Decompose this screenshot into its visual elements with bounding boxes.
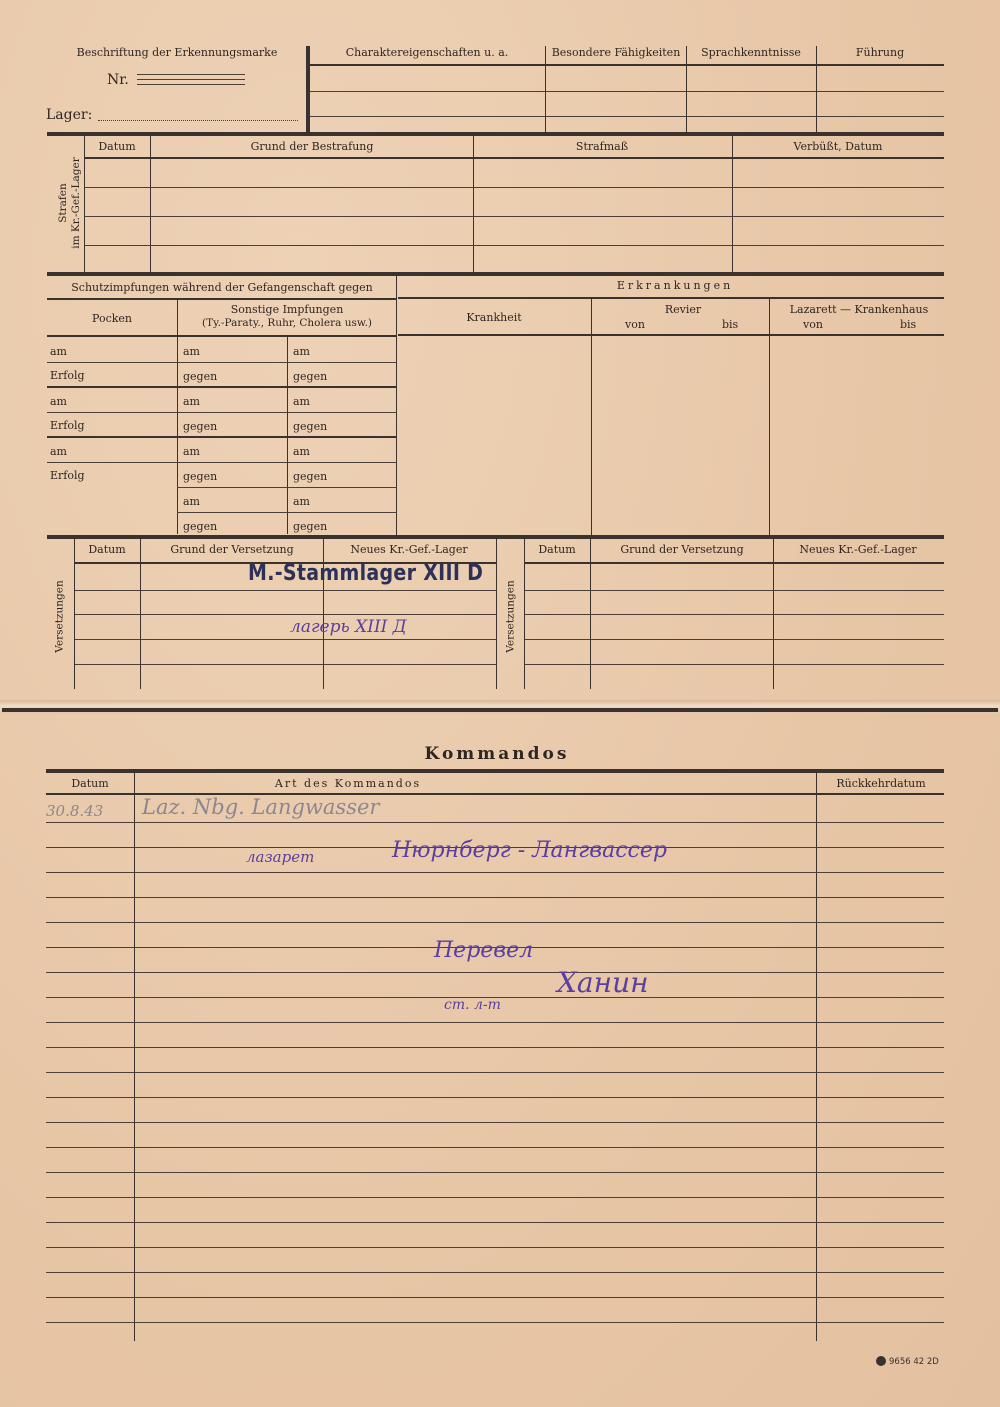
nr-label: Nr. [107,72,129,88]
sonstige-gegen: gegen [183,370,217,383]
col-charakter: Charaktereigenschaften u. a. [346,46,509,59]
col-sonstige: Sonstige Impfungen [231,303,344,316]
lager-label: Lager: [46,107,92,123]
pocken-row-erfolg: Erfolg [50,369,85,382]
kommandos-title: Kommandos [425,744,570,764]
divider [306,46,310,132]
versetzungen-side-label: Versetzungen [505,572,518,662]
fold-line [2,708,998,712]
sonstige-gegen: gegen [183,520,217,533]
revier-von: von [625,318,645,331]
revier-bis: bis [722,318,738,331]
col-krankheit: Krankheit [466,311,521,324]
col-datum: Datum [538,543,575,556]
divider [310,91,944,92]
section-divider [47,272,944,276]
section-divider [47,132,944,136]
handwritten-lager: лагерь XIII Д [290,617,407,637]
col-datum: Datum [88,543,125,556]
sonstige-am: am [293,495,310,508]
col-fuehrung: Führung [856,46,904,59]
col-datum: Datum [71,777,108,790]
pocken-row-am: am [50,345,67,358]
col-rueckkehrdatum: Rückkehrdatum [836,777,925,790]
entry-ink-text: Нюрнберг - Лангвассер [392,838,667,863]
translator-rank: ст. л-т [444,997,501,1013]
col-grund-versetzung: Grund der Versetzung [620,543,743,556]
lazarett-von: von [803,318,823,331]
pocken-row-am: am [50,395,67,408]
sonstige-gegen: gegen [293,470,327,483]
col-art-kommandos: Art des Kommandos [275,777,421,790]
sonstige-gegen: gegen [183,470,217,483]
print-code: 9656 42 2D [876,1356,939,1367]
sonstige-am: am [183,395,200,408]
sonstige-gegen: gegen [293,420,327,433]
translator-signature: Ханин [557,966,649,999]
sonstige-gegen: gegen [293,520,327,533]
entry-ink-prefix: лазарет [246,848,314,866]
col-datum: Datum [98,140,135,153]
sonstige-am: am [183,495,200,508]
impfungen-heading: Schutzimpfungen während der Gefangenscha… [71,281,372,294]
entry-pencil-text: Laz. Nbg. Langwasser [142,795,379,819]
col-strafmass: Strafmaß [576,140,628,153]
col-sprachkenntnisse: Sprachkenntnisse [701,46,801,59]
col-pocken: Pocken [92,312,132,325]
entry-date: 30.8.43 [46,802,103,820]
sonstige-gegen: gegen [293,370,327,383]
sonstige-am: am [293,395,310,408]
tag-heading: Beschriftung der Erkennungsmarke [77,46,278,59]
col-verbuesst-datum: Verbüßt, Datum [794,140,883,153]
sonstige-gegen: gegen [183,420,217,433]
lager-field[interactable] [98,120,298,121]
divider [310,116,944,117]
col-lazarett: Lazarett — Krankenhaus [790,303,929,316]
strafen-side-label: Strafen im Kr.-Gef.-Lager [57,143,83,263]
pocken-row-am: am [50,445,67,458]
sonstige-am: am [183,345,200,358]
divider [310,64,944,66]
translator-note: Перевел [434,938,533,963]
col-neues-lager: Neues Kr.-Gef.-Lager [799,543,916,556]
col-sonstige-sub: (Ty.-Paraty., Ruhr, Cholera usw.) [202,317,372,329]
col-grund-bestrafung: Grund der Bestrafung [251,140,374,153]
col-grund-versetzung: Grund der Versetzung [170,543,293,556]
erkrankungen-heading: Erkrankungen [617,279,733,292]
printer-logo-icon [876,1356,886,1366]
camp-stamp: M.-Stammlager XIII D [248,560,483,585]
pocken-row-erfolg: Erfolg [50,469,85,482]
lazarett-bis: bis [900,318,916,331]
pocken-row-erfolg: Erfolg [50,419,85,432]
sonstige-am: am [183,445,200,458]
col-faehigkeiten: Besondere Fähigkeiten [552,46,681,59]
col-revier: Revier [665,303,701,316]
versetzungen-side-label: Versetzungen [54,572,67,662]
sonstige-am: am [293,345,310,358]
sonstige-am: am [293,445,310,458]
col-neues-lager: Neues Kr.-Gef.-Lager [350,543,467,556]
